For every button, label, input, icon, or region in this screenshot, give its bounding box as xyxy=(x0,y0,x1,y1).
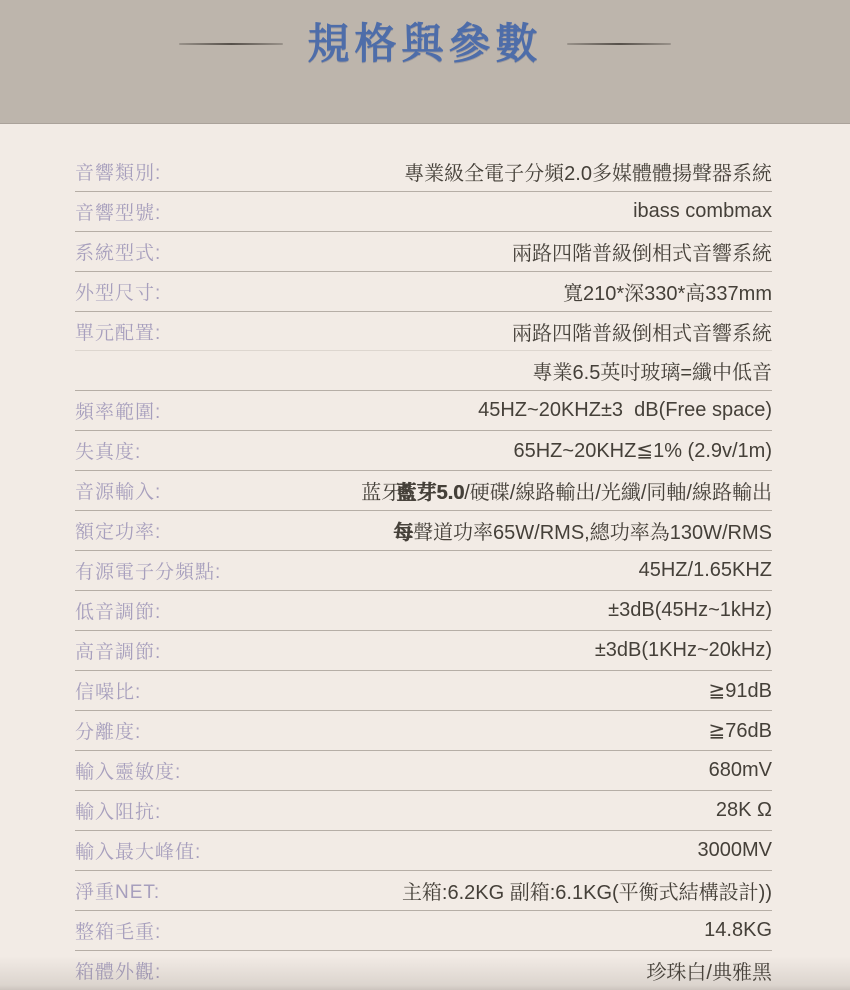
title-wrap: 規格與參數 xyxy=(179,16,670,72)
spec-row-line: 音響型號: ibass combmax xyxy=(75,192,772,231)
spec-row-line: 分離度: ≧76dB xyxy=(75,711,772,750)
title-dash-right xyxy=(567,43,671,45)
spec-table: 音響類別: 專業級全電子分頻2.0多媒體體揚聲器系統 音響型號: ibass c… xyxy=(75,152,772,990)
spec-label: 失真度: xyxy=(75,437,141,464)
spec-row: 外型尺寸: 寬210*深330*高337mm xyxy=(75,272,772,312)
spec-label: 低音調節: xyxy=(75,597,161,624)
spec-row: 音響類別: 專業級全電子分頻2.0多媒體體揚聲器系統 xyxy=(75,152,772,192)
spec-value: ≧91dB xyxy=(141,678,772,703)
header-band: 規格與參數 xyxy=(0,0,850,124)
spec-row-line: 頻率範圍: 45HZ~20KHZ±3 dB(Free space) xyxy=(75,391,772,430)
spec-value: 14.8KG xyxy=(161,919,772,942)
spec-value: 專業級全電子分頻2.0多媒體體揚聲器系統 xyxy=(161,157,772,186)
spec-label: 額定功率: xyxy=(75,517,161,544)
spec-label: 單元配置: xyxy=(75,318,161,345)
spec-label: 輸入阻抗: xyxy=(75,797,161,824)
spec-label: 音源輸入: xyxy=(75,477,161,504)
spec-row: 淨重NET: 主箱:6.2KG 副箱:6.1KG(平衡式結構設計)) xyxy=(75,871,772,911)
spec-value: 寬210*深330*高337mm xyxy=(161,277,772,306)
spec-row-line: 有源電子分頻點: 45HZ/1.65KHZ xyxy=(75,551,772,590)
spec-value: ±3dB(45Hz~1kHz) xyxy=(161,599,772,622)
spec-row-line: 信噪比: ≧91dB xyxy=(75,671,772,710)
spec-row-line: 低音調節: ±3dB(45Hz~1kHz) xyxy=(75,591,772,630)
spec-label: 頻率範圍: xyxy=(75,397,161,424)
spec-row-line: 淨重NET: 主箱:6.2KG 副箱:6.1KG(平衡式結構設計)) xyxy=(75,871,772,910)
spec-row: 輸入靈敏度: 680mV xyxy=(75,751,772,791)
spec-row: 音響型號: ibass combmax xyxy=(75,192,772,232)
spec-value-line2: 專業6.5英吋玻璃=纖中低音 xyxy=(75,351,772,390)
spec-label: 信噪比: xyxy=(75,677,141,704)
spec-value: 3000MV xyxy=(201,839,772,862)
spec-label: 高音調節: xyxy=(75,637,161,664)
spec-row: 輸入阻抗: 28K Ω xyxy=(75,791,772,831)
spec-row: 信噪比: ≧91dB xyxy=(75,671,772,711)
spec-row: 高音調節: ±3dB(1KHz~20kHz) xyxy=(75,631,772,671)
spec-label: 外型尺寸: xyxy=(75,278,161,305)
spec-label: 整箱毛重: xyxy=(75,917,161,944)
spec-label: 系統型式: xyxy=(75,238,161,265)
spec-row-line: 音源輸入: 蓝牙5藍芽5.0/硬碟/線路輸出/光纖/同軸/線路輸出 xyxy=(75,471,772,510)
spec-row-line: 輸入靈敏度: 680mV xyxy=(75,751,772,790)
spec-label: 輸入最大峰值: xyxy=(75,837,201,864)
spec-row: 整箱毛重: 14.8KG xyxy=(75,911,772,951)
spec-row: 系統型式: 兩路四階普級倒相式音響系統 xyxy=(75,232,772,272)
spec-label: 有源電子分頻點: xyxy=(75,557,221,584)
spec-row-line: 輸入阻抗: 28K Ω xyxy=(75,791,772,830)
spec-row: 輸入最大峰值: 3000MV xyxy=(75,831,772,871)
spec-row: 音源輸入: 蓝牙5藍芽5.0/硬碟/線路輸出/光纖/同軸/線路輸出 xyxy=(75,471,772,511)
content-area: 音響類別: 專業級全電子分頻2.0多媒體體揚聲器系統 音響型號: ibass c… xyxy=(0,124,850,990)
spec-row-line: 整箱毛重: 14.8KG xyxy=(75,911,772,950)
spec-row-line: 失真度: 65HZ~20KHZ≦1% (2.9v/1m) xyxy=(75,431,772,470)
title-dash-left xyxy=(179,43,283,45)
spec-label: 分離度: xyxy=(75,717,141,744)
spec-row-line: 輸入最大峰值: 3000MV xyxy=(75,831,772,870)
spec-row-line: 系統型式: 兩路四階普級倒相式音響系統 xyxy=(75,232,772,271)
spec-row-line: 高音調節: ±3dB(1KHz~20kHz) xyxy=(75,631,772,670)
spec-row-line: 音響類別: 專業級全電子分頻2.0多媒體體揚聲器系統 xyxy=(75,152,772,191)
spec-value: ±3dB(1KHz~20kHz) xyxy=(161,639,772,662)
spec-value: ≧76dB xyxy=(141,718,772,743)
spec-value: 珍珠白/典雅黑 xyxy=(161,956,772,985)
spec-row-line: 額定功率: 每聲道功率65W/RMS,總功率為130W/RMS xyxy=(75,511,772,550)
spec-row: 頻率範圍: 45HZ~20KHZ±3 dB(Free space) xyxy=(75,391,772,431)
spec-value: ibass combmax xyxy=(161,200,772,223)
spec-value: 兩路四階普級倒相式音響系統 xyxy=(161,237,772,266)
page-title: 規格與參數 xyxy=(307,16,542,72)
spec-row: 失真度: 65HZ~20KHZ≦1% (2.9v/1m) xyxy=(75,431,772,471)
spec-label: 音響類別: xyxy=(75,158,161,185)
spec-label: 淨重NET: xyxy=(75,877,160,904)
spec-row: 分離度: ≧76dB xyxy=(75,711,772,751)
spec-label: 輸入靈敏度: xyxy=(75,757,181,784)
spec-value: 每聲道功率65W/RMS,總功率為130W/RMS xyxy=(161,516,772,545)
spec-value: 28K Ω xyxy=(161,799,772,822)
spec-row: 有源電子分頻點: 45HZ/1.65KHZ xyxy=(75,551,772,591)
spec-row-line: 箱體外觀: 珍珠白/典雅黑 xyxy=(75,951,772,990)
spec-value: 主箱:6.2KG 副箱:6.1KG(平衡式結構設計)) xyxy=(160,876,772,905)
spec-row: 單元配置: 兩路四階普級倒相式音響系統 專業6.5英吋玻璃=纖中低音 xyxy=(75,312,772,391)
spec-value: 45HZ~20KHZ±3 dB(Free space) xyxy=(161,399,772,422)
spec-row: 額定功率: 每聲道功率65W/RMS,總功率為130W/RMS xyxy=(75,511,772,551)
spec-sheet-page: 規格與參數 音響類別: 專業級全電子分頻2.0多媒體體揚聲器系統 音響型號: i… xyxy=(0,0,850,990)
spec-value: 680mV xyxy=(181,759,772,782)
spec-value: 65HZ~20KHZ≦1% (2.9v/1m) xyxy=(141,438,772,463)
spec-label: 箱體外觀: xyxy=(75,957,161,984)
spec-row-line: 單元配置: 兩路四階普級倒相式音響系統 xyxy=(75,312,772,351)
spec-value: 蓝牙5藍芽5.0/硬碟/線路輸出/光纖/同軸/線路輸出 xyxy=(161,476,772,505)
spec-label: 音響型號: xyxy=(75,198,161,225)
spec-row: 箱體外觀: 珍珠白/典雅黑 xyxy=(75,951,772,990)
spec-row: 低音調節: ±3dB(45Hz~1kHz) xyxy=(75,591,772,631)
spec-row-line: 外型尺寸: 寬210*深330*高337mm xyxy=(75,272,772,311)
spec-value: 兩路四階普級倒相式音響系統 xyxy=(161,317,772,346)
spec-value: 45HZ/1.65KHZ xyxy=(221,559,772,582)
